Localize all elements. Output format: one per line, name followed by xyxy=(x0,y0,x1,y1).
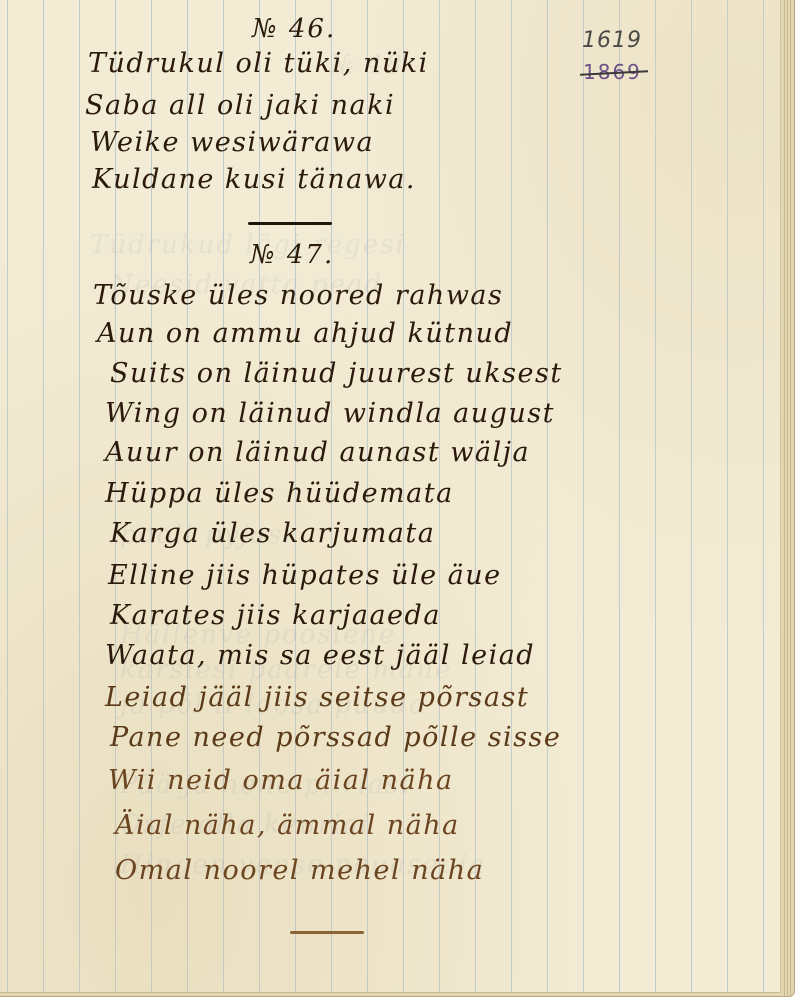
verse-line: Leiad jääl jiis seitse põrsast xyxy=(105,682,529,713)
verse-line: Suits on läinud juurest uksest xyxy=(110,358,563,389)
archive-number-current: 1619 xyxy=(582,28,642,53)
verse-line: Karates jiis karjaaeda xyxy=(110,600,441,631)
verse-line: Auur on läinud aunast wälja xyxy=(105,437,530,468)
end-separator xyxy=(290,931,364,934)
song-heading: № 46. xyxy=(252,14,336,44)
page-edge-line xyxy=(787,0,788,996)
verse-line: Kuldane kusi tänawa. xyxy=(92,164,416,195)
page-edge-line xyxy=(790,0,791,996)
page-edge-line xyxy=(784,0,785,996)
verse-line: Tõuske üles noored rahwas xyxy=(93,280,503,311)
song-heading: № 47. xyxy=(250,240,334,270)
verse-line: Äial näha, ämmal näha xyxy=(115,810,460,841)
verse-line: Wing on läinud windla august xyxy=(105,398,555,429)
verse-line: Omal noorel mehel näha xyxy=(115,855,484,886)
verse-line: Pane need põrssad põlle sisse xyxy=(110,722,561,753)
section-separator xyxy=(248,222,332,225)
verse-line: Saba all oli jaki naki xyxy=(85,90,395,121)
verse-line: Tüdrukul oli tüki, nüki xyxy=(88,48,429,79)
verse-line: Waata, mis sa eest jääl leiad xyxy=(105,640,535,671)
verse-line: Wii neid oma äial näha xyxy=(108,765,454,796)
verse-line: Aun on ammu ahjud kütnud xyxy=(97,318,513,349)
verse-line: Hüppa üles hüüdemata xyxy=(105,478,454,509)
verse-line: Weike wesiwärawa xyxy=(90,127,374,158)
manuscript-page: № 48 Tüdrukud lägi regesi Neesid vatta p… xyxy=(0,0,781,993)
verse-line: Karga üles karjumata xyxy=(110,518,435,549)
verse-line: Elline jiis hüpates üle äue xyxy=(108,560,502,591)
